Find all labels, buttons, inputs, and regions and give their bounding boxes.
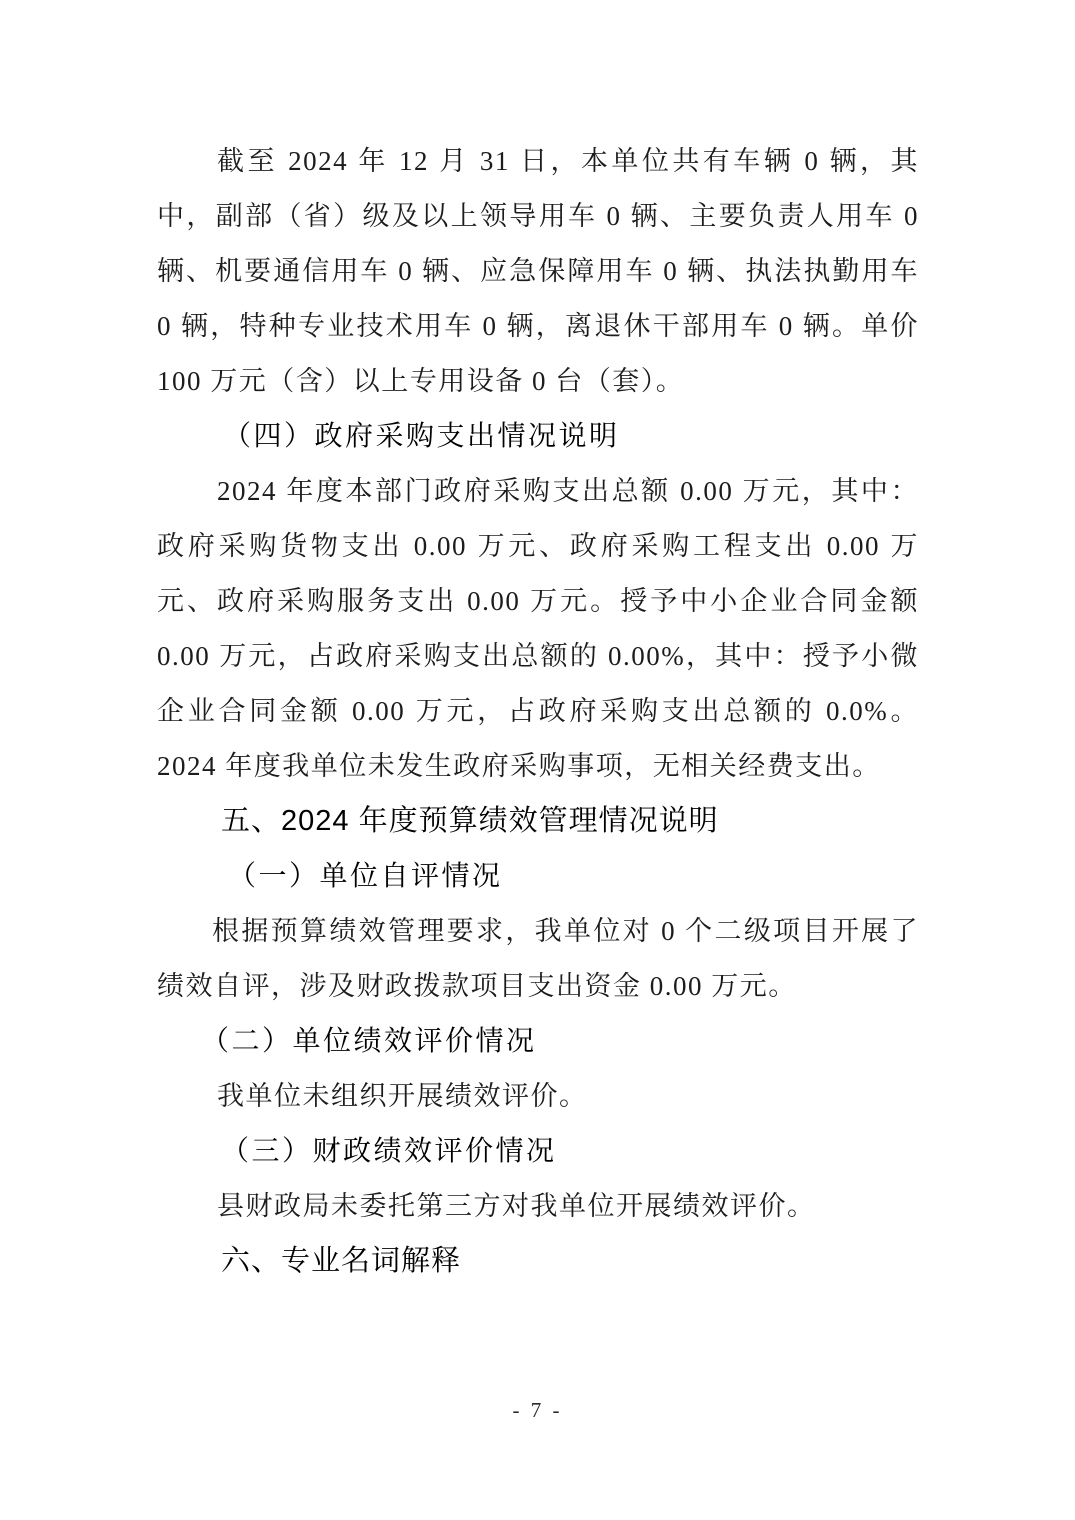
heading-section-5-1-self-evaluation: （一）单位自评情况 xyxy=(157,849,919,904)
heading-section-5-2-unit-evaluation: （二）单位绩效评价情况 xyxy=(157,1014,919,1069)
document-body: 截至 2024 年 12 月 31 日，本单位共有车辆 0 辆，其中，副部（省）… xyxy=(157,134,919,1289)
heading-section-6-terminology: 六、专业名词解释 xyxy=(157,1234,919,1289)
document-page: 截至 2024 年 12 月 31 日，本单位共有车辆 0 辆，其中，副部（省）… xyxy=(0,0,1075,1520)
paragraph-vehicles-and-equipment: 截至 2024 年 12 月 31 日，本单位共有车辆 0 辆，其中，副部（省）… xyxy=(157,134,919,409)
paragraph-procurement-detail: 2024 年度本部门政府采购支出总额 0.00 万元，其中：政府采购货物支出 0… xyxy=(157,464,919,794)
heading-section-4-procurement: （四）政府采购支出情况说明 xyxy=(157,409,919,464)
paragraph-self-evaluation: 根据预算绩效管理要求，我单位对 0 个二级项目开展了绩效自评，涉及财政拨款项目支… xyxy=(157,904,919,1014)
page-number: - 7 - xyxy=(0,1398,1075,1423)
heading-section-5-performance-management: 五、2024 年度预算绩效管理情况说明 xyxy=(157,794,919,849)
paragraph-unit-evaluation: 我单位未组织开展绩效评价。 xyxy=(157,1069,919,1124)
heading-section-5-3-fiscal-evaluation: （三）财政绩效评价情况 xyxy=(157,1124,919,1179)
paragraph-fiscal-evaluation: 县财政局未委托第三方对我单位开展绩效评价。 xyxy=(157,1179,919,1234)
